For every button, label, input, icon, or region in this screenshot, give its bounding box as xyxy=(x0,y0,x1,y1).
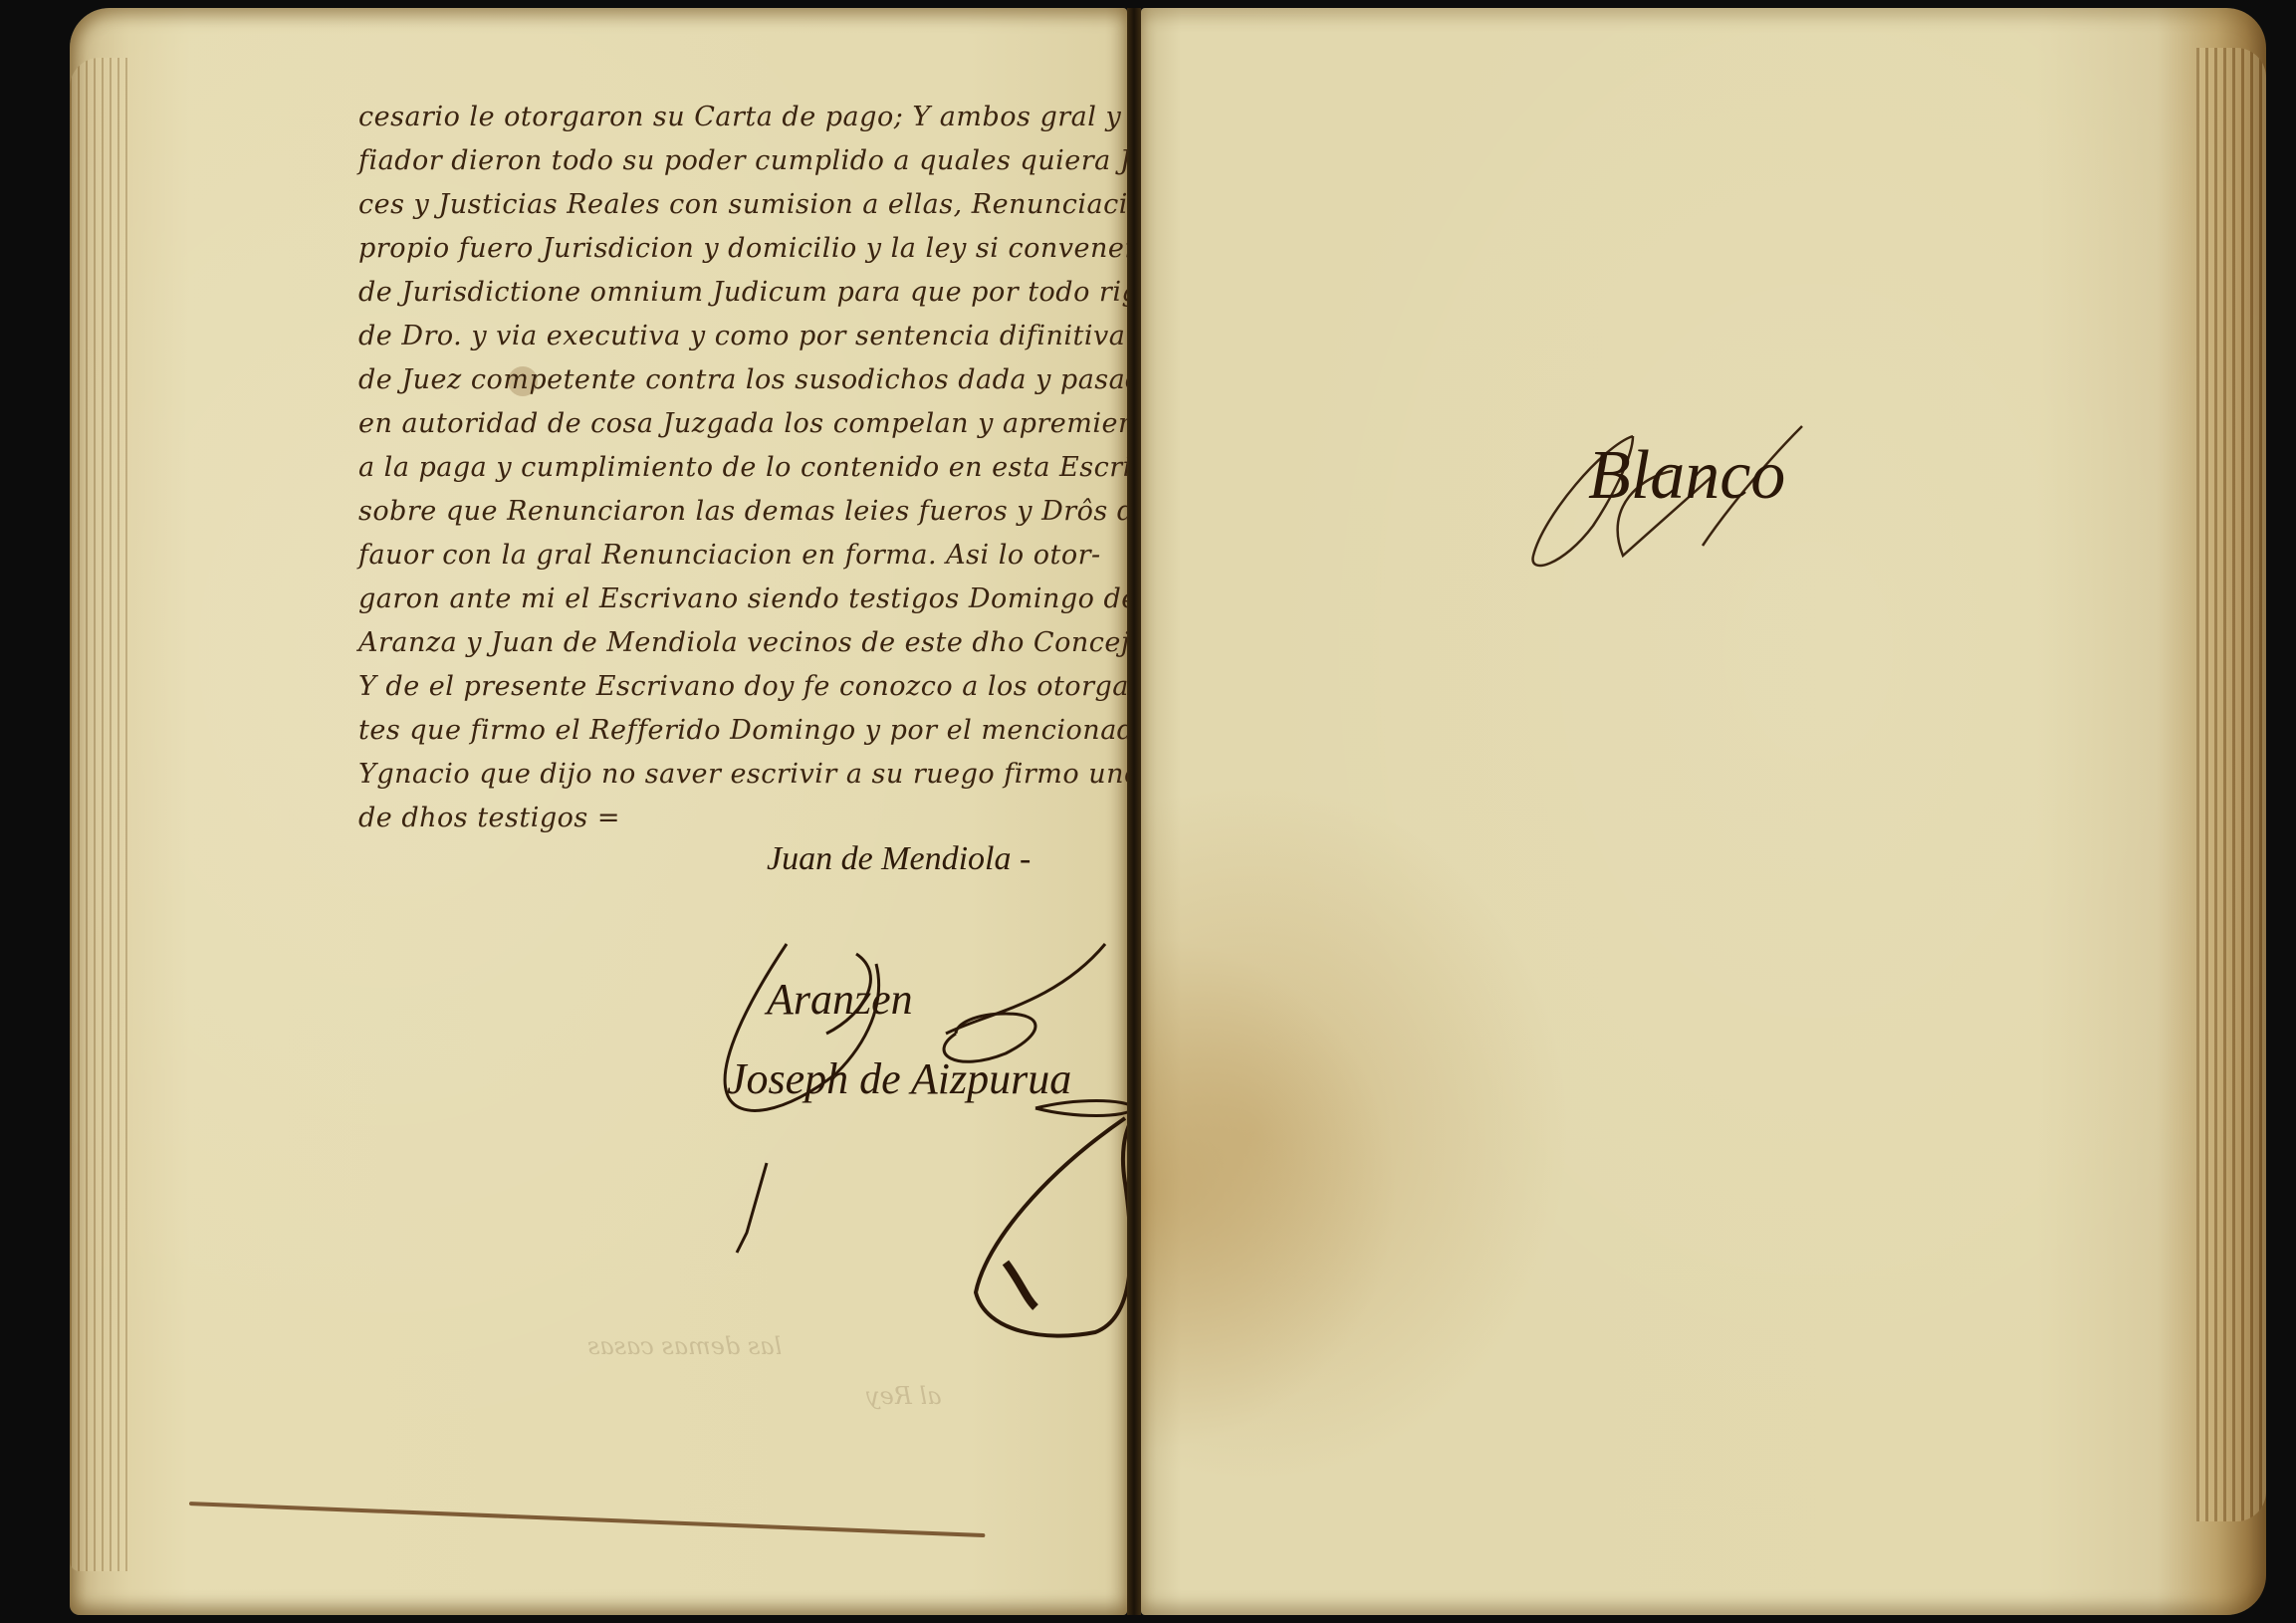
text-line: fiador dieron todo su poder cumplido a q… xyxy=(358,139,1125,183)
text-line: tes que firmo el Refferido Domingo y por… xyxy=(358,709,1125,753)
text-line: de Juez competente contra los susodichos… xyxy=(358,358,1125,402)
right-page xyxy=(1141,8,2266,1615)
left-page-edge xyxy=(70,58,129,1571)
inline-signature: Juan de Mendiola - xyxy=(767,840,1031,878)
right-page-fore-edge xyxy=(2196,48,2266,1521)
text-line: cesario le otorgaron su Carta de pago; Y… xyxy=(358,96,1125,139)
text-line: garon ante mi el Escrivano siendo testig… xyxy=(358,578,1125,621)
signature-joseph-de-aizpurua: Joseph de Aizpurua xyxy=(727,1053,1071,1104)
text-line: Aranza y Juan de Mendiola vecinos de est… xyxy=(358,621,1125,665)
text-line: de dhos testigos = xyxy=(358,797,1125,840)
text-line: de Jurisdictione omnium Judicum para que… xyxy=(358,271,1125,315)
signature-aranzen: Aranzen xyxy=(767,974,913,1025)
book-spread: las demas casas al Rey cesario le otorga… xyxy=(70,8,2270,1615)
text-line: Y de el presente Escrivano doy fe conozc… xyxy=(358,665,1125,709)
right-page-signature: Blanco xyxy=(1588,436,1785,516)
text-line: de Dro. y via executiva y como por sente… xyxy=(358,315,1125,358)
text-line: en autoridad de cosa Juzgada los compela… xyxy=(358,402,1125,446)
text-line: ces y Justicias Reales con sumision a el… xyxy=(358,183,1125,227)
text-line: sobre que Renunciaron las demas leies fu… xyxy=(358,490,1125,534)
closing-ink-line xyxy=(189,1502,986,1537)
text-line: propio fuero Jurisdicion y domicilio y l… xyxy=(358,227,1125,271)
book-spine-gutter xyxy=(1127,8,1141,1615)
manuscript-text-block: cesario le otorgaron su Carta de pago; Y… xyxy=(358,96,1125,840)
water-stain xyxy=(1141,934,1400,1452)
bleed-through-text: al Rey xyxy=(866,1382,941,1410)
left-page: las demas casas al Rey cesario le otorga… xyxy=(70,8,1127,1615)
text-line: a la paga y cumplimiento de lo contenido… xyxy=(358,446,1125,490)
text-line: Ygnacio que dijo no saver escrivir a su … xyxy=(358,753,1125,797)
text-line: fauor con la gral Renunciacion en forma.… xyxy=(358,534,1125,578)
